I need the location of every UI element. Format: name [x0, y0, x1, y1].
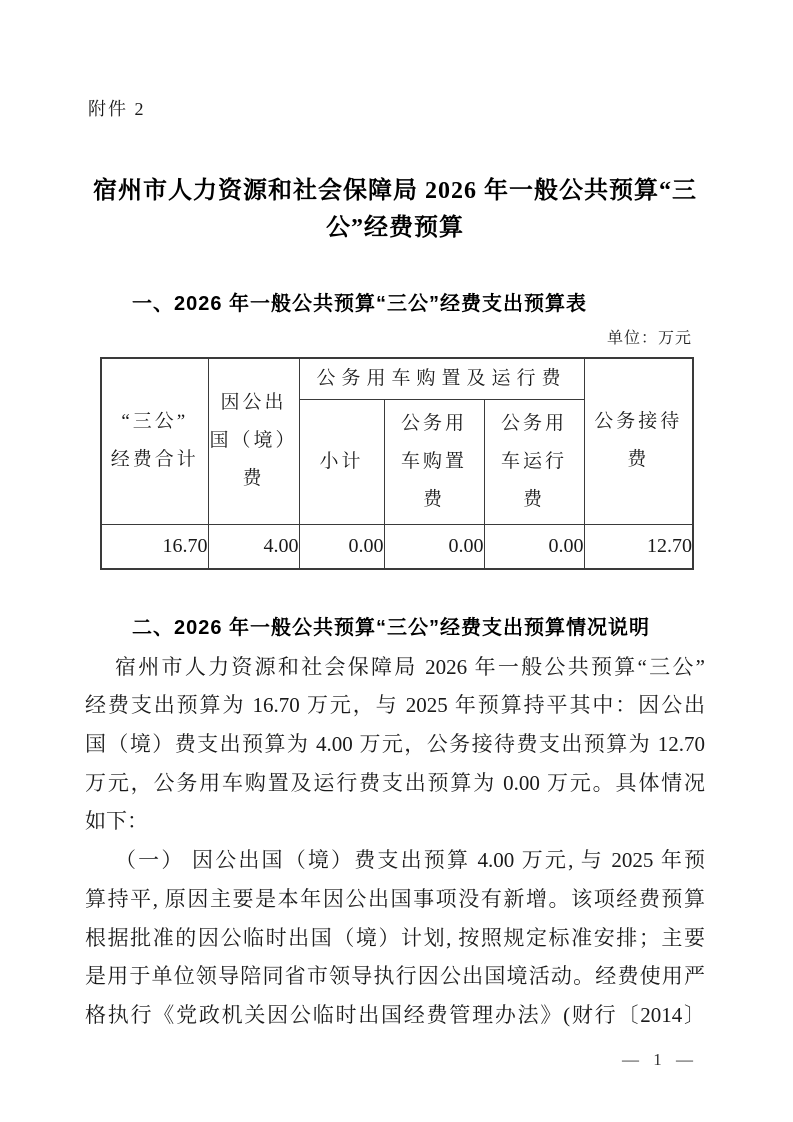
budget-table: “三公” 经费合计 因公出 国（境） 费 公务用车购置及运行费 公务接待 费 小… [100, 357, 694, 570]
header-vehicle-operation: 公务用 车运行 费 [484, 399, 584, 524]
header-vehicle-group: 公务用车购置及运行费 [299, 358, 584, 399]
body-line: （一） 因公出国（境）费支出预算 4.00 万元, 与 2025 年预 [85, 841, 705, 880]
section1-heading: 一、2026 年一般公共预算“三公”经费支出预算表 [85, 289, 705, 319]
header-vehicle-subtotal: 小计 [299, 399, 384, 524]
page-number: — 1 — [622, 1049, 695, 1071]
value-reception-fee: 12.70 [584, 524, 693, 569]
body-line: 如下： [85, 802, 705, 841]
document-page: 附件 2 宿州市人力资源和社会保障局 2026 年一般公共预算“三 公”经费预算… [0, 0, 793, 1122]
document-title: 宿州市人力资源和社会保障局 2026 年一般公共预算“三 公”经费预算 [85, 173, 705, 247]
body-line: 格执行《党政机关因公临时出国经费管理办法》(财行〔2014〕 [85, 996, 705, 1035]
attachment-label: 附件 2 [88, 96, 146, 122]
header-total: “三公” 经费合计 [101, 358, 208, 524]
value-vehicle-operation: 0.00 [484, 524, 584, 569]
body-line: 宿州市人力资源和社会保障局 2026 年一般公共预算“三公” [85, 648, 705, 687]
table-header-row-1: “三公” 经费合计 因公出 国（境） 费 公务用车购置及运行费 公务接待 费 [101, 358, 693, 399]
body-line: 经费支出预算为 16.70 万元，与 2025 年预算持平其中：因公出 [85, 686, 705, 725]
section2-body: 二、2026 年一般公共预算“三公”经费支出预算情况说明 宿州市人力资源和社会保… [85, 609, 705, 1035]
header-reception-fee: 公务接待 费 [584, 358, 693, 524]
unit-label: 单位：万元 [100, 329, 692, 349]
header-vehicle-purchase: 公务用 车购置 费 [384, 399, 484, 524]
body-line: 是用于单位领导陪同省市领导执行因公出国境活动。经费使用严 [85, 957, 705, 996]
value-total: 16.70 [101, 524, 208, 569]
header-abroad-fee: 因公出 国（境） 费 [208, 358, 299, 524]
body-line: 国（境）费支出预算为 4.00 万元，公务接待费支出预算为 12.70 [85, 725, 705, 764]
body-line: 根据批准的因公临时出国（境）计划, 按照规定标准安排；主要 [85, 919, 705, 958]
body-line: 万元，公务用车购置及运行费支出预算为 0.00 万元。具体情况 [85, 764, 705, 803]
value-vehicle-subtotal: 0.00 [299, 524, 384, 569]
section2-heading: 二、2026 年一般公共预算“三公”经费支出预算情况说明 [85, 609, 705, 648]
body-line: 算持平, 原因主要是本年因公出国事项没有新增。该项经费预算 [85, 880, 705, 919]
value-vehicle-purchase: 0.00 [384, 524, 484, 569]
table-value-row: 16.70 4.00 0.00 0.00 0.00 12.70 [101, 524, 693, 569]
value-abroad-fee: 4.00 [208, 524, 299, 569]
